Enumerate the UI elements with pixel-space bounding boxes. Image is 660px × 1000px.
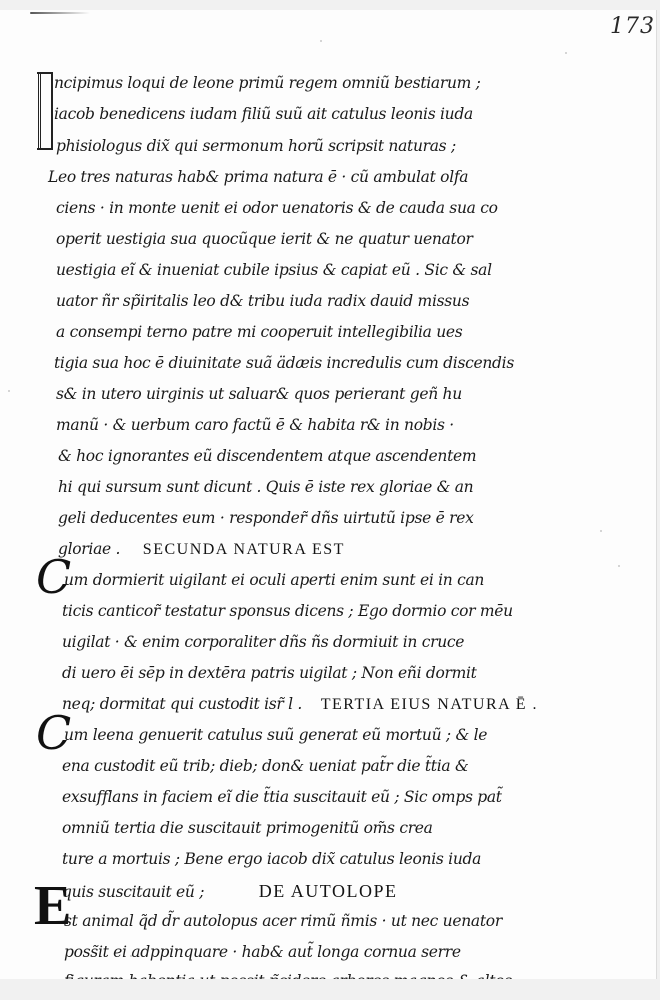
text-line: exsufflans in faciem eĩ die t̃tia susci… <box>62 788 502 806</box>
rubric-tertia-natura: Tertia eius natura ē . <box>321 696 538 713</box>
text-line: um dormierit uigilant ei oculi aperti en… <box>64 571 484 589</box>
text-line: ciens · in monte uenit ei odor uenatoris… <box>56 199 498 217</box>
text-line: geli deducentes eum · responder̃ dñs ui… <box>58 509 474 527</box>
text-line: ticis canticor̃ testatur sponsus dicens … <box>62 602 513 620</box>
scan-speckle <box>600 530 602 532</box>
text-line: hi qui sursum sunt dicunt . Quis ē iste … <box>58 478 473 496</box>
text-line: uestigia eĩ & inueniat cubile ipsius & … <box>56 261 492 279</box>
manuscript-page: 173 ncipimus loqui de leone primũ regem… <box>0 10 657 979</box>
heading-de-autolope: De autolope <box>259 881 398 901</box>
text-line: di uero ēi sēp in dextēra patris uigilat… <box>62 664 477 682</box>
text-line: ncipimus loqui de leone primũ regem omn… <box>54 74 481 92</box>
scan-speckle <box>565 52 567 54</box>
text-line: uigilat · & enim corporaliter dñs ñs d… <box>62 633 464 651</box>
scan-speckle <box>8 390 10 392</box>
text-fragment: neq; dormitat qui custodit isr̃ l . <box>62 695 302 713</box>
document-viewer: 173 ncipimus loqui de leone primũ regem… <box>0 0 660 1000</box>
text-line: tigia sua hoc ē diuinitate suã ädæis in… <box>54 354 514 372</box>
text-line: figuram habentia ut possit p̃cidere arbo… <box>64 972 512 979</box>
rubric-secunda-natura: Secunda natura est <box>143 541 345 558</box>
text-line: gloriae . Secunda natura est <box>58 540 345 559</box>
decorated-initial-i <box>38 72 53 150</box>
text-line: quis suscitauit eũ ; De autolope <box>62 881 397 902</box>
text-line: & hoc ignorantes eũ discendentem atque … <box>58 447 476 465</box>
text-line: poss̃it ei adppinquare · hab& aut̃ longa… <box>64 943 461 961</box>
text-line: ture a mortuis ; Bene ergo iacob dix̃ ca… <box>62 850 481 868</box>
text-line: phisiologus dix̃ qui sermonum horũ scri… <box>56 137 456 155</box>
text-line: Leo tres naturas hab& prima natura ē · c… <box>48 168 468 186</box>
scan-speckle <box>618 565 620 567</box>
text-line: neq; dormitat qui custodit isr̃ l . Tert… <box>62 695 538 714</box>
text-line: a consempi terno patre mi cooperuit inte… <box>56 323 462 341</box>
text-fragment: quis suscitauit eũ ; <box>62 883 204 901</box>
folio-number: 173 <box>610 14 655 39</box>
text-line: ena custodit eũ trib; dieb; don& ueniat… <box>62 757 468 775</box>
text-line: iacob benedicens iudam filiũ suũ ait c… <box>54 105 473 123</box>
text-line: s& in utero uirginis ut saluar& quos per… <box>56 385 462 403</box>
text-line: um leena genuerit catulus suũ generat e… <box>64 726 487 744</box>
text-line: st animal q̃d d̃r autolopus acer rimũ n… <box>64 912 502 930</box>
text-line: operit uestigia sua quocũque ierit & ne… <box>56 230 473 248</box>
scan-speckle <box>320 40 322 42</box>
text-line: manũ · & uerbum caro factũ ē & habita … <box>56 416 454 434</box>
ink-stroke-mark <box>30 12 90 14</box>
text-line: omniũ tertia die suscitauit primogenitu… <box>62 819 433 837</box>
text-line: uator ñr sp̃iritalis leo d& tribu iuda … <box>56 292 469 310</box>
